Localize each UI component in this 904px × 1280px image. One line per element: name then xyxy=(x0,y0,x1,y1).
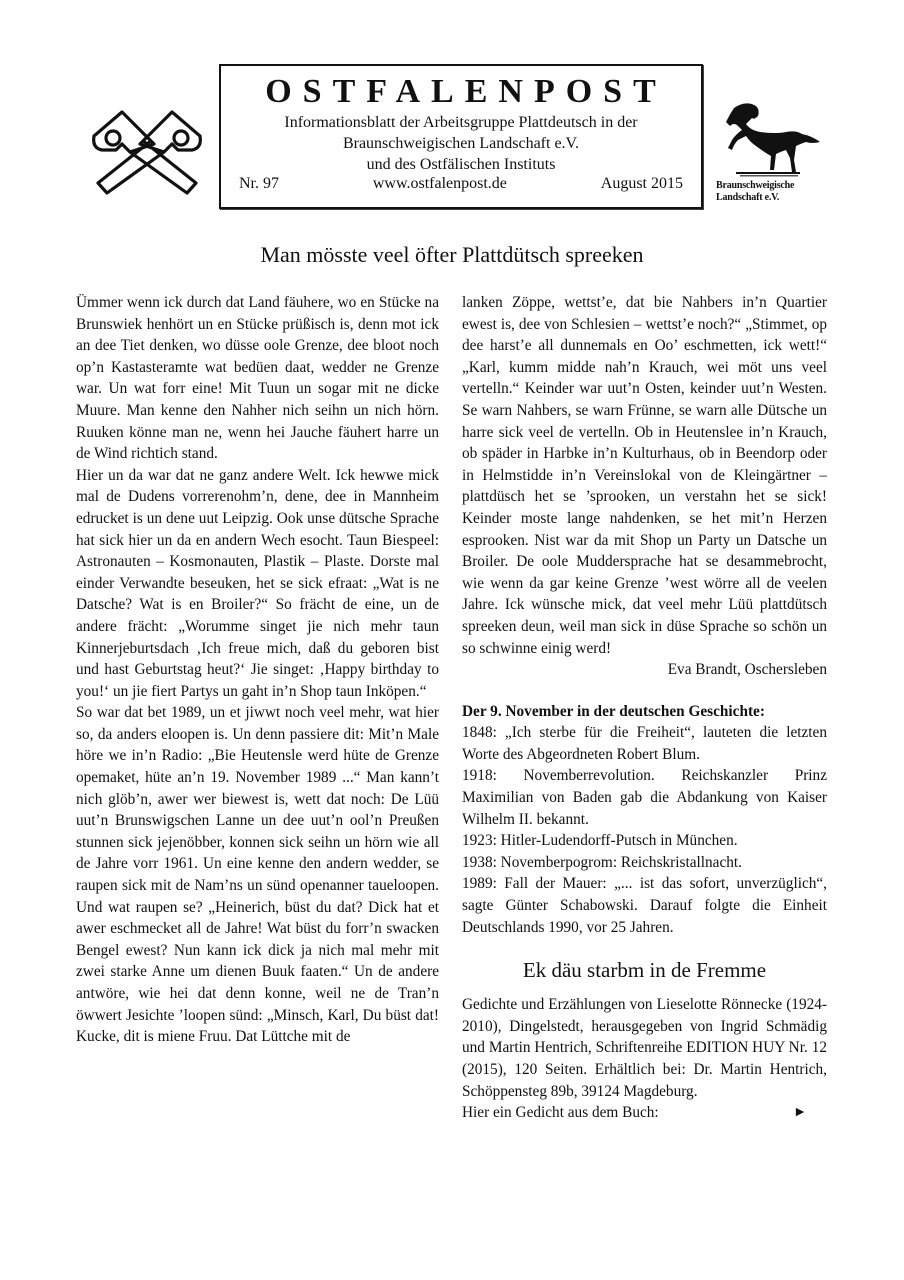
article-left-column: Ümmer wenn ick durch dat Land fäuhere, w… xyxy=(76,292,439,1048)
article-paragraph: lanken Zöppe, wettst’e, dat bie Nahbers … xyxy=(462,292,827,659)
masthead-meta: Nr. 97 www.ostfalenpost.de August 2015 xyxy=(239,174,683,194)
article-paragraph: Ümmer wenn ick durch dat Land fäuhere, w… xyxy=(76,292,439,465)
newsletter-title: OSTFALENPOST xyxy=(221,72,701,112)
issue-date: August 2015 xyxy=(601,174,683,194)
history-entry: 1923: Hitler-Ludendorff-Putsch in Münche… xyxy=(462,830,827,852)
history-title: Der 9. November in der deutschen Geschic… xyxy=(462,701,827,723)
book-description: Gedichte und Erzählungen von Lieselotte … xyxy=(462,994,827,1102)
article-paragraph: So war dat bet 1989, un et jiwwt noch ve… xyxy=(76,702,439,1048)
braunschweigische-landschaft-logo: Braunschweigische Landschaft e.V. xyxy=(716,100,826,208)
book-teaser-text: Hier ein Gedicht aus dem Buch: xyxy=(462,1102,659,1124)
masthead-subtitle-line-2: Braunschweigischen Landschaft e.V. xyxy=(221,133,701,154)
history-entry: 1918: Novemberrevolution. Reichskanzler … xyxy=(462,765,827,830)
history-section: Der 9. November in der deutschen Geschic… xyxy=(462,701,827,939)
history-entry: 1989: Fall der Mauer: „... ist das sofor… xyxy=(462,873,827,938)
continue-arrow-icon: ► xyxy=(793,1102,807,1124)
article-right-column: lanken Zöppe, wettst’e, dat bie Nahbers … xyxy=(462,292,827,1124)
crossed-keys-logo-icon xyxy=(86,100,210,200)
history-entry: 1938: Novemberpogrom: Reichskristallnach… xyxy=(462,852,827,874)
logo-caption: Braunschweigische Landschaft e.V. xyxy=(716,180,826,204)
article-paragraph: Hier un da war dat ne ganz andere Welt. … xyxy=(76,465,439,703)
article-author: Eva Brandt, Oschersleben xyxy=(462,659,827,681)
masthead-subtitle-line-1: Informationsblatt der Arbeitsgruppe Plat… xyxy=(221,112,701,133)
rearing-horse-logo-icon xyxy=(716,100,826,180)
book-title: Ek däu starbm in de Fremme xyxy=(462,956,827,984)
masthead-subtitle-line-3: und des Ostfälischen Instituts xyxy=(221,154,701,175)
issue-number: Nr. 97 xyxy=(239,174,279,194)
website-link[interactable]: www.ostfalenpost.de xyxy=(373,174,507,194)
book-teaser: Hier ein Gedicht aus dem Buch: ► xyxy=(462,1102,827,1124)
article-headline: Man mösste veel öfter Plattdütsch spreek… xyxy=(0,240,904,270)
history-entry: 1848: „Ich sterbe für die Freiheit“, lau… xyxy=(462,722,827,765)
masthead: OSTFALENPOST Informationsblatt der Arbei… xyxy=(219,64,703,209)
